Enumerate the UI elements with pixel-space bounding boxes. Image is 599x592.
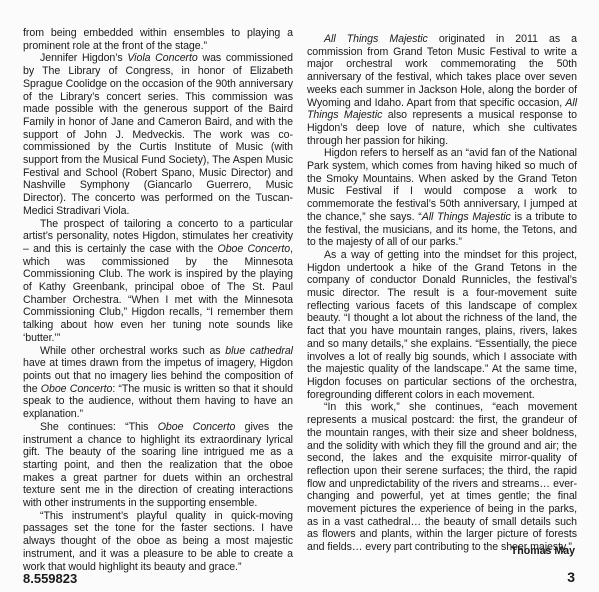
paragraph: from being embedded within ensembles to … bbox=[23, 27, 293, 52]
paragraph-imagery: While other orchestral works such as blu… bbox=[23, 345, 293, 421]
right-column: All Things Majestic originated in 2011 a… bbox=[307, 27, 577, 554]
author-signature: Thomas May bbox=[511, 545, 575, 557]
catalog-number: 8.559823 bbox=[23, 571, 77, 586]
paragraph-viola-concerto: Jennifer Higdon’s Viola Concerto was com… bbox=[23, 52, 293, 217]
paragraph-oboe-concerto: The prospect of tailoring a concerto to … bbox=[23, 218, 293, 345]
paragraph-national-park: Higdon refers to herself as an “avid fan… bbox=[307, 147, 577, 249]
paragraph-she-continues: She continues: “This Oboe Concerto gives… bbox=[23, 421, 293, 510]
work-title: All Things Majestic bbox=[324, 33, 428, 45]
work-title: Oboe Concerto bbox=[218, 243, 291, 255]
work-title: All Things Majestic bbox=[422, 211, 511, 223]
paragraph-all-things-majestic: All Things Majestic originated in 2011 a… bbox=[307, 33, 577, 147]
work-title: Oboe Concerto bbox=[158, 421, 236, 433]
page-number: 3 bbox=[567, 569, 575, 585]
paragraph-musical-postcard: “In this work,” she continues, “each mov… bbox=[307, 401, 577, 553]
work-title: blue cathedral bbox=[225, 345, 293, 357]
paragraph-grand-tetons: As a way of getting into the mindset for… bbox=[307, 249, 577, 401]
work-title: Oboe Concerto bbox=[41, 383, 113, 395]
left-column: from being embedded within ensembles to … bbox=[23, 27, 293, 573]
paragraph-playful-quality: “This instrument’s playful quality in qu… bbox=[23, 510, 293, 574]
work-title: Viola Concerto bbox=[127, 52, 197, 64]
